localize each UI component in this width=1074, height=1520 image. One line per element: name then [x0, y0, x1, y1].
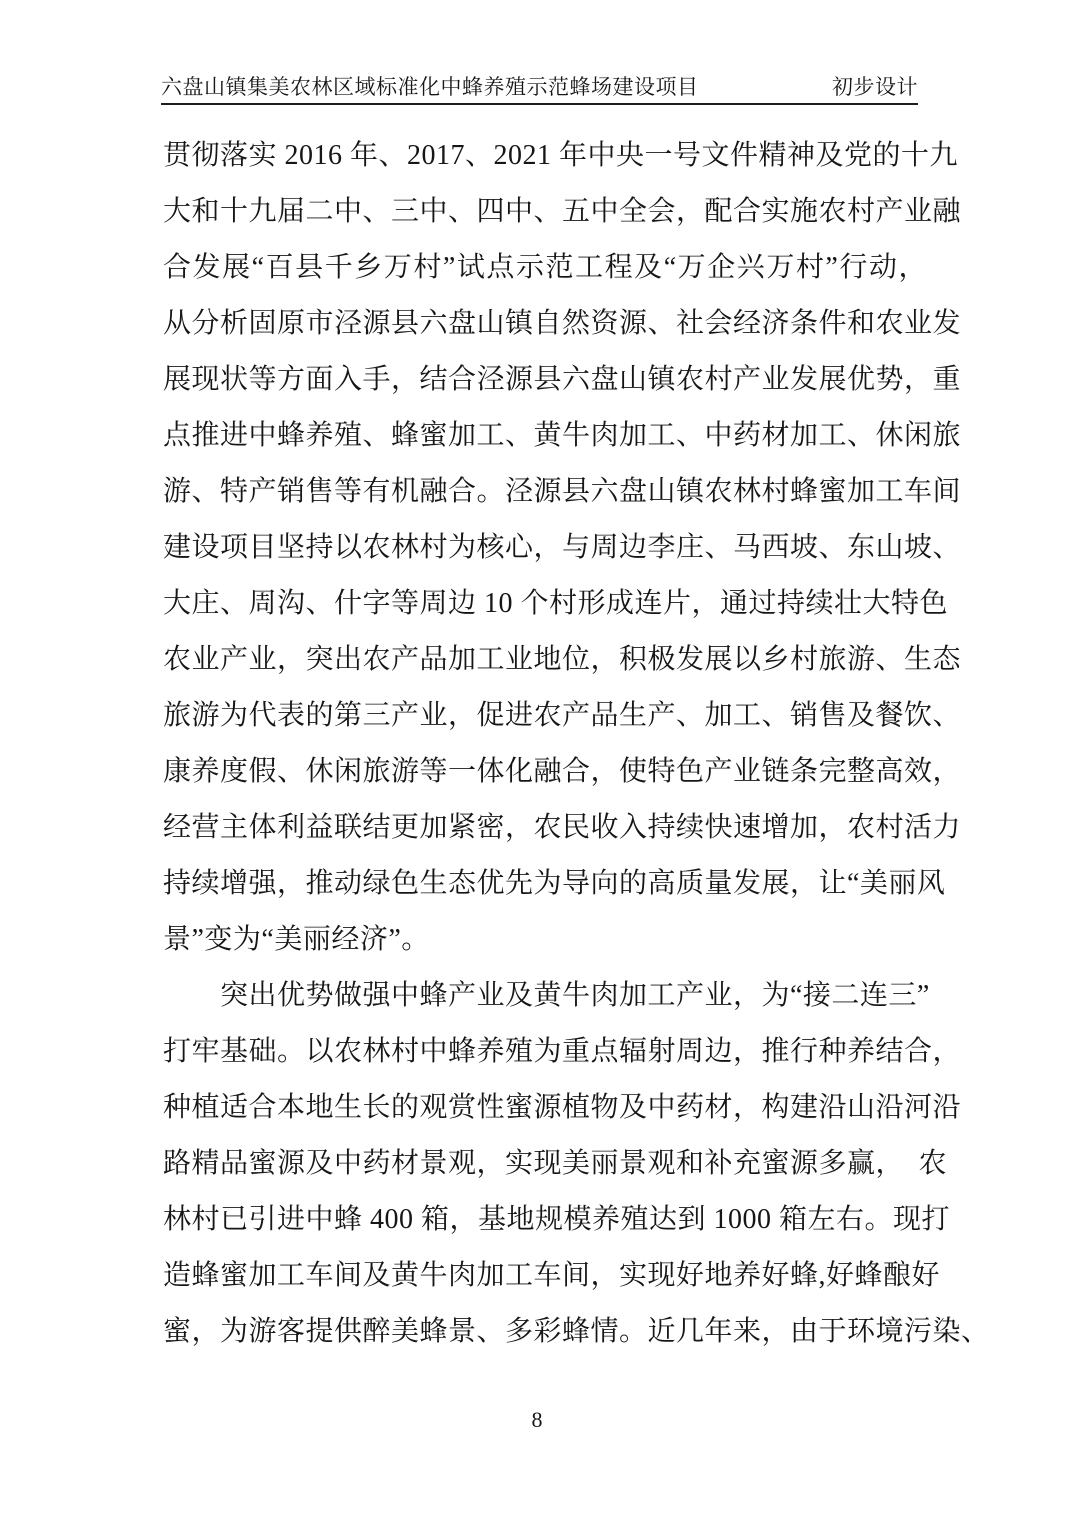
header-doc-stage-label: 初步设计 [832, 74, 918, 100]
paragraph-1: 贯彻落实 2016 年、2017、2021 年中央一号文件精神及党的十九 大和十… [163, 128, 927, 968]
body-line: 贯彻落实 2016 年、2017、2021 年中央一号文件精神及党的十九 [163, 128, 927, 184]
body-line: 林村已引进中蜂 400 箱，基地规模养殖达到 1000 箱左右。现打 [163, 1192, 927, 1248]
body-line: 经营主体利益联结更加紧密，农民收入持续快速增加，农村活力 [163, 800, 927, 856]
body-line: 游、特产销售等有机融合。泾源县六盘山镇农林村蜂蜜加工车间 [163, 464, 927, 520]
document-page: 六盘山镇集美农林区域标准化中蜂养殖示范蜂场建设项目 初步设计 贯彻落实 2016… [0, 0, 1074, 1520]
body-line: 景”变为“美丽经济”。 [163, 912, 927, 968]
page-number: 8 [532, 1407, 543, 1432]
body-line: 大庄、周沟、什字等周边 10 个村形成连片，通过持续壮大特色 [163, 576, 927, 632]
body-line: 建设项目坚持以农林村为核心，与周边李庄、马西坡、东山坡、 [163, 520, 927, 576]
paragraph-2: 突出优势做强中蜂产业及黄牛肉加工产业，为“接二连三” 打牢基础。以农林村中蜂养殖… [163, 968, 927, 1360]
document-body: 贯彻落实 2016 年、2017、2021 年中央一号文件精神及党的十九 大和十… [163, 128, 927, 1360]
page-footer: 8 [0, 1406, 1074, 1434]
body-line: 造蜂蜜加工车间及黄牛肉加工车间，实现好地养好蜂,好蜂酿好 [163, 1248, 927, 1304]
body-line: 点推进中蜂养殖、蜂蜜加工、黄牛肉加工、中药材加工、休闲旅 [163, 408, 927, 464]
body-line: 持续增强，推动绿色生态优先为导向的高质量发展，让“美丽风 [163, 856, 927, 912]
body-line: 展现状等方面入手，结合泾源县六盘山镇农村产业发展优势，重 [163, 352, 927, 408]
header-title: 六盘山镇集美农林区域标准化中蜂养殖示范蜂场建设项目 [161, 74, 699, 100]
body-line: 蜜，为游客提供醉美蜂景、多彩蜂情。近几年来，由于环境污染、 [163, 1304, 927, 1360]
body-line: 路精品蜜源及中药材景观，实现美丽景观和补充蜜源多赢， 农 [163, 1136, 927, 1192]
body-line: 打牢基础。以农林村中蜂养殖为重点辐射周边，推行种养结合， [163, 1024, 927, 1080]
body-line: 从分析固原市泾源县六盘山镇自然资源、社会经济条件和农业发 [163, 296, 927, 352]
body-line: 旅游为代表的第三产业，促进农产品生产、加工、销售及餐饮、 [163, 688, 927, 744]
body-line: 大和十九届二中、三中、四中、五中全会，配合实施农村产业融 [163, 184, 927, 240]
body-line: 种植适合本地生长的观赏性蜜源植物及中药材，构建沿山沿河沿 [163, 1080, 927, 1136]
body-line: 合发展“百县千乡万村”试点示范工程及“万企兴万村”行动， [163, 240, 927, 296]
page-header: 六盘山镇集美农林区域标准化中蜂养殖示范蜂场建设项目 初步设计 [161, 74, 918, 105]
body-line: 突出优势做强中蜂产业及黄牛肉加工产业，为“接二连三” [163, 968, 927, 1024]
body-line: 农业产业，突出农产品加工业地位，积极发展以乡村旅游、生态 [163, 632, 927, 688]
body-line: 康养度假、休闲旅游等一体化融合，使特色产业链条完整高效， [163, 744, 927, 800]
